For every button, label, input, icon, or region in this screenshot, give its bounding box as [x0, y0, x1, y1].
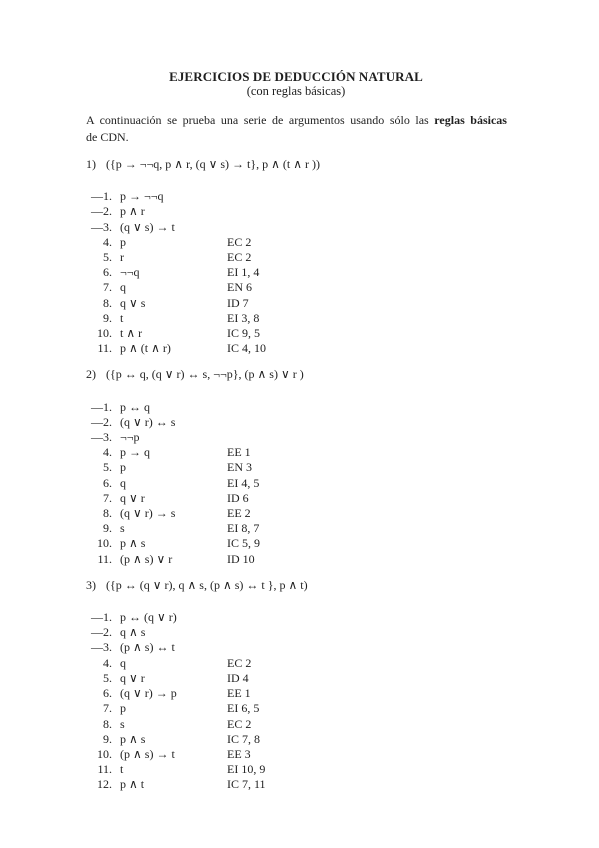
step-number: 8. [86, 296, 112, 311]
step-rule: EI 4, 5 [227, 476, 259, 491]
intro-text-regular: A continuación se prueba una serie de ar… [86, 113, 434, 127]
step-row: 4.pEC 2 [86, 235, 506, 250]
step-formula: p [120, 460, 227, 475]
step-row: 11.tEI 10, 9 [86, 762, 506, 777]
premise-row: —3.¬¬p [86, 430, 506, 445]
step-formula: p ∧ (t ∧ r) [120, 341, 227, 356]
step-number: 6. [86, 265, 112, 280]
intro-text-bold: reglas básicas [434, 113, 507, 127]
exercise-heading: 2)({p ↔ q, (q ∨ r) ↔ s, ¬¬p}, (p ∧ s) ∨ … [86, 367, 506, 382]
step-number: 8. [86, 717, 112, 732]
page-title: EJERCICIOS DE DEDUCCIÓN NATURAL [86, 69, 506, 84]
step-number: 4. [86, 235, 112, 250]
step-formula: p ∧ s [120, 536, 227, 551]
exercise-section: 2)({p ↔ q, (q ∨ r) ↔ s, ¬¬p}, (p ∧ s) ∨ … [86, 367, 506, 566]
step-number: 6. [86, 476, 112, 491]
step-rule: EE 1 [227, 686, 251, 701]
step-number: 7. [86, 701, 112, 716]
step-rule: EC 2 [227, 235, 251, 250]
premise-formula: q ∧ s [120, 625, 227, 640]
exercise-section: 3)({p ↔ (q ∨ r), q ∧ s, (p ∧ s) ↔ t }, p… [86, 578, 506, 793]
step-formula: p ∧ t [120, 777, 227, 792]
step-number: 4. [86, 656, 112, 671]
step-number: 6. [86, 686, 112, 701]
step-formula: p [120, 235, 227, 250]
step-row: 9.p ∧ sIC 7, 8 [86, 732, 506, 747]
step-number: 11. [86, 341, 112, 356]
step-formula: t [120, 311, 227, 326]
premise-formula: (q ∨ r) ↔ s [120, 415, 227, 430]
premise-formula: (p ∧ s) ↔ t [120, 640, 227, 655]
step-row: 5.rEC 2 [86, 250, 506, 265]
step-number: 9. [86, 311, 112, 326]
premise-row: —2.p ∧ r [86, 204, 506, 219]
step-number: 11. [86, 762, 112, 777]
exercise-statement: ({p → ¬¬q, p ∧ r, (q ∨ s) → t}, p ∧ (t ∧… [106, 157, 320, 171]
premise-row: —2.q ∧ s [86, 625, 506, 640]
premise-row: —1.p ↔ q [86, 400, 506, 415]
step-number: 5. [86, 460, 112, 475]
step-row: 4.p → qEE 1 [86, 445, 506, 460]
step-number: 8. [86, 506, 112, 521]
step-row: 12.p ∧ tIC 7, 11 [86, 777, 506, 792]
premise-formula: p → ¬¬q [120, 189, 227, 204]
exercise-heading: 3)({p ↔ (q ∨ r), q ∧ s, (p ∧ s) ↔ t }, p… [86, 578, 506, 593]
premise-formula: (q ∨ s) → t [120, 220, 227, 235]
step-number: 10. [86, 747, 112, 762]
derivation-table: —1.p ↔ (q ∨ r)—2.q ∧ s—3.(p ∧ s) ↔ t4.qE… [86, 610, 506, 792]
step-formula: (q ∨ r) → s [120, 506, 227, 521]
step-number: 4. [86, 445, 112, 460]
premise-number: —2. [86, 204, 112, 219]
step-row: 11.(p ∧ s) ∨ rID 10 [86, 552, 506, 567]
step-number: 7. [86, 280, 112, 295]
step-row: 8.sEC 2 [86, 717, 506, 732]
step-formula: p → q [120, 445, 227, 460]
step-rule: ID 4 [227, 671, 249, 686]
step-formula: (p ∧ s) → t [120, 747, 227, 762]
step-row: 7.qEN 6 [86, 280, 506, 295]
step-row: 6.qEI 4, 5 [86, 476, 506, 491]
step-formula: ¬¬q [120, 265, 227, 280]
premise-row: —1.p → ¬¬q [86, 189, 506, 204]
premise-formula: p ∧ r [120, 204, 227, 219]
document-page: EJERCICIOS DE DEDUCCIÓN NATURAL (con reg… [0, 0, 599, 848]
premise-number: —3. [86, 430, 112, 445]
step-rule: EE 3 [227, 747, 251, 762]
intro-paragraph: A continuación se prueba una serie de ar… [86, 112, 507, 146]
step-formula: q ∨ r [120, 491, 227, 506]
step-row: 5.q ∨ rID 4 [86, 671, 506, 686]
step-rule: ID 6 [227, 491, 249, 506]
step-formula: t ∧ r [120, 326, 227, 341]
step-number: 11. [86, 552, 112, 567]
premise-row: —1.p ↔ (q ∨ r) [86, 610, 506, 625]
step-number: 7. [86, 491, 112, 506]
step-number: 12. [86, 777, 112, 792]
step-rule: EI 8, 7 [227, 521, 259, 536]
step-row: 10.(p ∧ s) → tEE 3 [86, 747, 506, 762]
step-formula: p ∧ s [120, 732, 227, 747]
derivation-table: —1.p ↔ q—2.(q ∨ r) ↔ s—3.¬¬p4.p → qEE 15… [86, 400, 506, 567]
step-row: 8.q ∨ sID 7 [86, 296, 506, 311]
step-number: 9. [86, 521, 112, 536]
exercise-section: 1)({p → ¬¬q, p ∧ r, (q ∨ s) → t}, p ∧ (t… [86, 157, 506, 356]
step-formula: s [120, 521, 227, 536]
step-rule: EE 2 [227, 506, 251, 521]
exercises-container: 1)({p → ¬¬q, p ∧ r, (q ∨ s) → t}, p ∧ (t… [86, 157, 506, 793]
step-rule: IC 7, 8 [227, 732, 260, 747]
step-number: 10. [86, 536, 112, 551]
step-formula: s [120, 717, 227, 732]
step-rule: IC 7, 11 [227, 777, 266, 792]
premise-number: —1. [86, 189, 112, 204]
exercise-number: 3) [86, 578, 106, 593]
step-number: 10. [86, 326, 112, 341]
premise-number: —3. [86, 640, 112, 655]
step-row: 8.(q ∨ r) → sEE 2 [86, 506, 506, 521]
step-rule: ID 7 [227, 296, 249, 311]
step-formula: q ∨ s [120, 296, 227, 311]
premise-number: —2. [86, 415, 112, 430]
step-rule: ID 10 [227, 552, 255, 567]
step-rule: EC 2 [227, 717, 251, 732]
step-rule: EI 3, 8 [227, 311, 259, 326]
step-formula: (p ∧ s) ∨ r [120, 552, 227, 567]
step-rule: EC 2 [227, 656, 251, 671]
premise-formula: p ↔ q [120, 400, 227, 415]
step-row: 6.¬¬qEI 1, 4 [86, 265, 506, 280]
exercise-heading: 1)({p → ¬¬q, p ∧ r, (q ∨ s) → t}, p ∧ (t… [86, 157, 506, 172]
page-subtitle: (con reglas básicas) [86, 84, 506, 99]
step-row: 7.q ∨ rID 6 [86, 491, 506, 506]
premise-number: —1. [86, 400, 112, 415]
premise-number: —2. [86, 625, 112, 640]
step-rule: IC 9, 5 [227, 326, 260, 341]
step-rule: EE 1 [227, 445, 251, 460]
step-row: 7.pEI 6, 5 [86, 701, 506, 716]
step-row: 11.p ∧ (t ∧ r)IC 4, 10 [86, 341, 506, 356]
step-rule: EI 10, 9 [227, 762, 265, 777]
step-row: 5.pEN 3 [86, 460, 506, 475]
step-formula: q ∨ r [120, 671, 227, 686]
exercise-number: 2) [86, 367, 106, 382]
premise-number: —1. [86, 610, 112, 625]
step-number: 5. [86, 671, 112, 686]
step-rule: EC 2 [227, 250, 251, 265]
step-rule: IC 5, 9 [227, 536, 260, 551]
step-row: 9.tEI 3, 8 [86, 311, 506, 326]
step-formula: q [120, 280, 227, 295]
step-formula: t [120, 762, 227, 777]
step-row: 10.t ∧ rIC 9, 5 [86, 326, 506, 341]
premise-row: —2.(q ∨ r) ↔ s [86, 415, 506, 430]
exercise-statement: ({p ↔ (q ∨ r), q ∧ s, (p ∧ s) ↔ t }, p ∧… [106, 578, 308, 592]
step-formula: q [120, 656, 227, 671]
step-row: 10.p ∧ sIC 5, 9 [86, 536, 506, 551]
premise-row: —3.(q ∨ s) → t [86, 220, 506, 235]
premise-row: —3.(p ∧ s) ↔ t [86, 640, 506, 655]
exercise-number: 1) [86, 157, 106, 172]
derivation-table: —1.p → ¬¬q—2.p ∧ r—3.(q ∨ s) → t4.pEC 25… [86, 189, 506, 356]
step-rule: IC 4, 10 [227, 341, 266, 356]
step-formula: r [120, 250, 227, 265]
step-formula: q [120, 476, 227, 491]
step-rule: EN 6 [227, 280, 252, 295]
intro-line-2: de CDN. [86, 129, 507, 146]
premise-formula: ¬¬p [120, 430, 227, 445]
step-row: 4.qEC 2 [86, 656, 506, 671]
premise-formula: p ↔ (q ∨ r) [120, 610, 227, 625]
step-formula: p [120, 701, 227, 716]
premise-number: —3. [86, 220, 112, 235]
exercise-statement: ({p ↔ q, (q ∨ r) ↔ s, ¬¬p}, (p ∧ s) ∨ r … [106, 367, 304, 381]
step-row: 9.sEI 8, 7 [86, 521, 506, 536]
step-rule: EN 3 [227, 460, 252, 475]
step-rule: EI 6, 5 [227, 701, 259, 716]
step-rule: EI 1, 4 [227, 265, 259, 280]
intro-line-1: A continuación se prueba una serie de ar… [86, 112, 507, 129]
step-number: 9. [86, 732, 112, 747]
step-row: 6.(q ∨ r) → pEE 1 [86, 686, 506, 701]
step-number: 5. [86, 250, 112, 265]
step-formula: (q ∨ r) → p [120, 686, 227, 701]
